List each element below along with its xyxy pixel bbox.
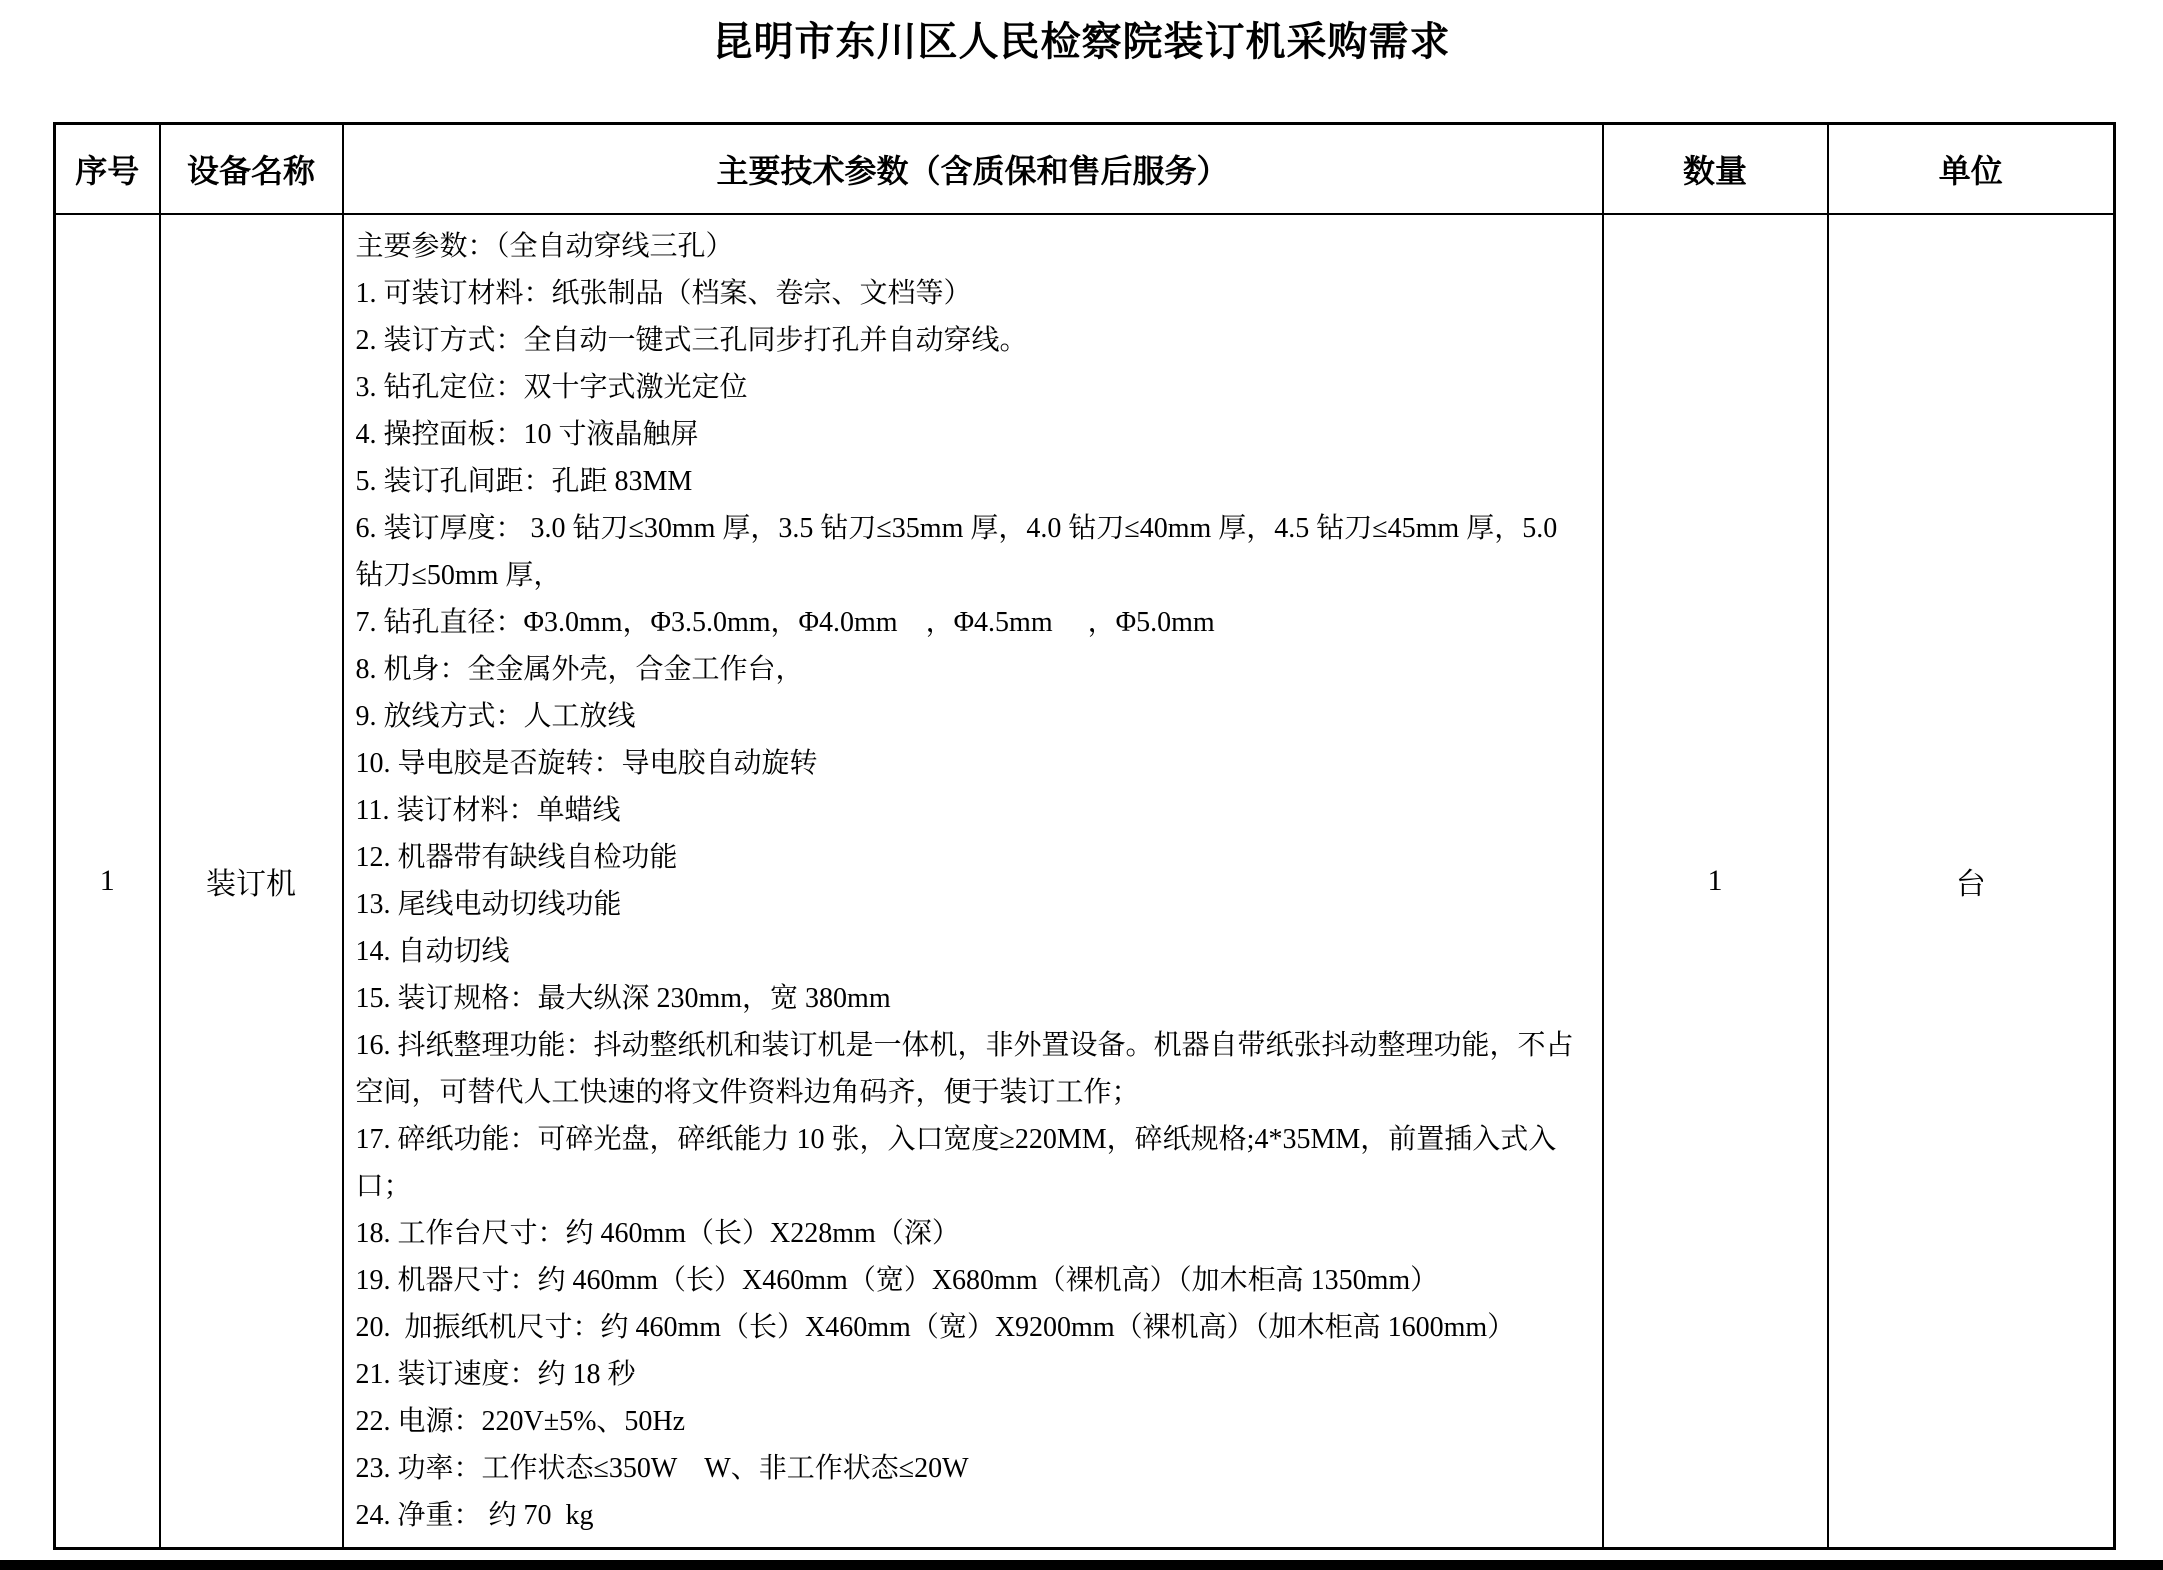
- header-spec: 主要技术参数（含质保和售后服务）: [343, 124, 1603, 214]
- spec-line: 20. 加振纸机尺寸：约 460mm（长）X460mm（宽）X9200mm（裸机…: [356, 1304, 1592, 1351]
- table-row: 1 装订机 主要参数：（全自动穿线三孔）1. 可装订材料：纸张制品（档案、卷宗、…: [55, 214, 2115, 1549]
- spec-line: 21. 装订速度：约 18 秒: [356, 1351, 1592, 1398]
- cell-seq: 1: [55, 214, 160, 1549]
- spec-line: 7. 钻孔直径：Φ3.0mm，Φ3.5.0mm，Φ4.0mm ，Φ4.5mm ，…: [356, 599, 1592, 646]
- cell-spec: 主要参数：（全自动穿线三孔）1. 可装订材料：纸张制品（档案、卷宗、文档等）2.…: [343, 214, 1603, 1549]
- spec-line: 17. 碎纸功能：可碎光盘，碎纸能力 10 张，入口宽度≥220MM，碎纸规格;…: [356, 1116, 1592, 1210]
- table-header-row: 序号 设备名称 主要技术参数（含质保和售后服务） 数量 单位: [55, 124, 2115, 214]
- header-unit: 单位: [1828, 124, 2115, 214]
- cell-unit: 台: [1828, 214, 2115, 1549]
- spec-line: 18. 工作台尺寸：约 460mm（长）X228mm（深）: [356, 1210, 1592, 1257]
- spec-line: 16. 抖纸整理功能：抖动整纸机和装订机是一体机，非外置设备。机器自带纸张抖动整…: [356, 1022, 1592, 1116]
- spec-line: 1. 可装订材料：纸张制品（档案、卷宗、文档等）: [356, 270, 1592, 317]
- cell-quantity: 1: [1603, 214, 1828, 1549]
- spec-line: 9. 放线方式：人工放线: [356, 693, 1592, 740]
- page-bottom-edge: [0, 1560, 2163, 1570]
- spec-line: 11. 装订材料：单蜡线: [356, 787, 1592, 834]
- header-device-name: 设备名称: [160, 124, 343, 214]
- spec-line: 2. 装订方式：全自动一键式三孔同步打孔并自动穿线。: [356, 317, 1592, 364]
- spec-line: 6. 装订厚度： 3.0 钻刀≤30mm 厚，3.5 钻刀≤35mm 厚，4.0…: [356, 505, 1592, 599]
- spec-line: 主要参数：（全自动穿线三孔）: [356, 223, 1592, 270]
- spec-line: 5. 装订孔间距：孔距 83MM: [356, 458, 1592, 505]
- spec-line: 10. 导电胶是否旋转：导电胶自动旋转: [356, 740, 1592, 787]
- document-page: 昆明市东川区人民检察院装订机采购需求 序号 设备名称 主要技术参数（含质保和售后…: [0, 0, 2163, 1570]
- page-title: 昆明市东川区人民检察院装订机采购需求: [0, 10, 2163, 67]
- header-seq: 序号: [55, 124, 160, 214]
- spec-line: 19. 机器尺寸：约 460mm（长）X460mm（宽）X680mm（裸机高）（…: [356, 1257, 1592, 1304]
- header-quantity: 数量: [1603, 124, 1828, 214]
- spec-line: 13. 尾线电动切线功能: [356, 881, 1592, 928]
- spec-line: 8. 机身：全金属外壳，合金工作台，: [356, 646, 1592, 693]
- spec-line: 23. 功率：工作状态≤350W W、非工作状态≤20W: [356, 1445, 1592, 1492]
- spec-line: 24. 净重： 约 70 kg: [356, 1492, 1592, 1539]
- spec-line: 12. 机器带有缺线自检功能: [356, 834, 1592, 881]
- spec-line: 15. 装订规格：最大纵深 230mm，宽 380mm: [356, 975, 1592, 1022]
- procurement-table: 序号 设备名称 主要技术参数（含质保和售后服务） 数量 单位 1 装订机 主要参…: [53, 122, 2116, 1550]
- spec-line: 4. 操控面板：10 寸液晶触屏: [356, 411, 1592, 458]
- spec-line: 14. 自动切线: [356, 928, 1592, 975]
- spec-line: 22. 电源：220V±5%、50Hz: [356, 1398, 1592, 1445]
- cell-device-name: 装订机: [160, 214, 343, 1549]
- spec-line: 3. 钻孔定位：双十字式激光定位: [356, 364, 1592, 411]
